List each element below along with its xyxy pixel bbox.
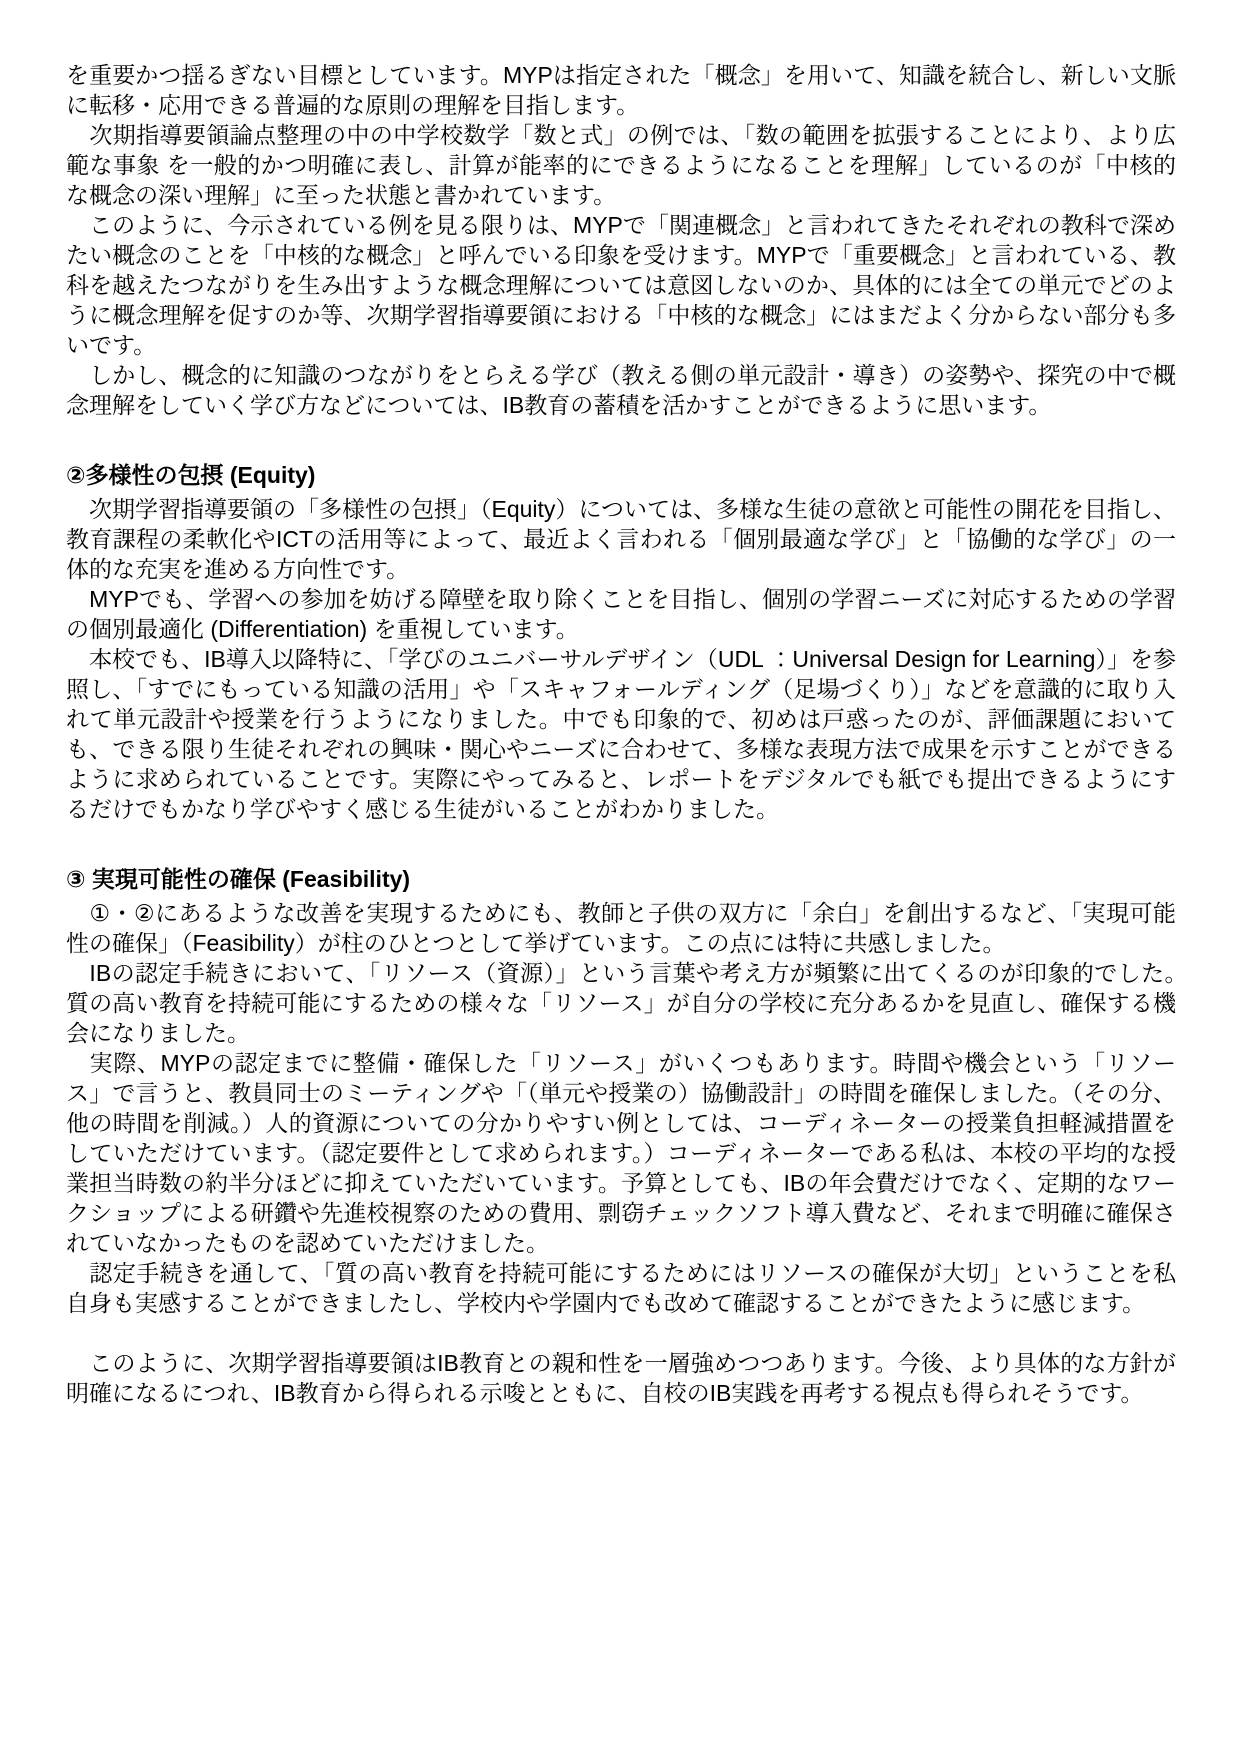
closing-paragraph: このように、次期学習指導要領はIB教育との親和性を一層強めつつあります。今後、よ…: [66, 1348, 1176, 1408]
blank-line: [66, 824, 1176, 854]
section-heading-feasibility: ③ 実現可能性の確保 (Feasibility): [66, 864, 1176, 894]
document-body: を重要かつ揺るぎない目標としています。MYPは指定された「概念」を用いて、知識を…: [66, 60, 1176, 1408]
intro-paragraph-4: しかし、概念的に知識のつながりをとらえる学び（教える側の単元設計・導き）の姿勢や…: [66, 360, 1176, 420]
feasibility-paragraph-1: ①・②にあるような改善を実現するためにも、教師と子供の双方に「余白」を創出するな…: [66, 898, 1176, 958]
feasibility-paragraph-3: 実際、MYPの認定までに整備・確保した「リソース」がいくつもあります。時間や機会…: [66, 1048, 1176, 1258]
intro-paragraph-3: このように、今示されている例を見る限りは、MYPで「関連概念」と言われてきたそれ…: [66, 210, 1176, 360]
document-page: を重要かつ揺るぎない目標としています。MYPは指定された「概念」を用いて、知識を…: [0, 0, 1242, 1756]
equity-paragraph-2: MYPでも、学習への参加を妨げる障壁を取り除くことを目指し、個別の学習ニーズに対…: [66, 584, 1176, 644]
feasibility-paragraph-2: IBの認定手続きにおいて、「リソース（資源）」という言葉や考え方が頻繁に出てくる…: [66, 958, 1176, 1048]
intro-paragraph-2: 次期指導要領論点整理の中の中学校数学「数と式」の例では、「数の範囲を拡張すること…: [66, 120, 1176, 210]
section-heading-equity: ②多様性の包摂 (Equity): [66, 460, 1176, 490]
feasibility-paragraph-4: 認定手続きを通して、「質の高い教育を持続可能にするためにはリソースの確保が大切」…: [66, 1258, 1176, 1318]
blank-line: [66, 420, 1176, 450]
equity-paragraph-3: 本校でも、IB導入以降特に、「学びのユニバーサルデザイン（UDL ：Univer…: [66, 644, 1176, 824]
blank-line: [66, 1318, 1176, 1348]
equity-paragraph-1: 次期学習指導要領の「多様性の包摂」（Equity）については、多様な生徒の意欲と…: [66, 494, 1176, 584]
intro-paragraph-1: を重要かつ揺るぎない目標としています。MYPは指定された「概念」を用いて、知識を…: [66, 60, 1176, 120]
